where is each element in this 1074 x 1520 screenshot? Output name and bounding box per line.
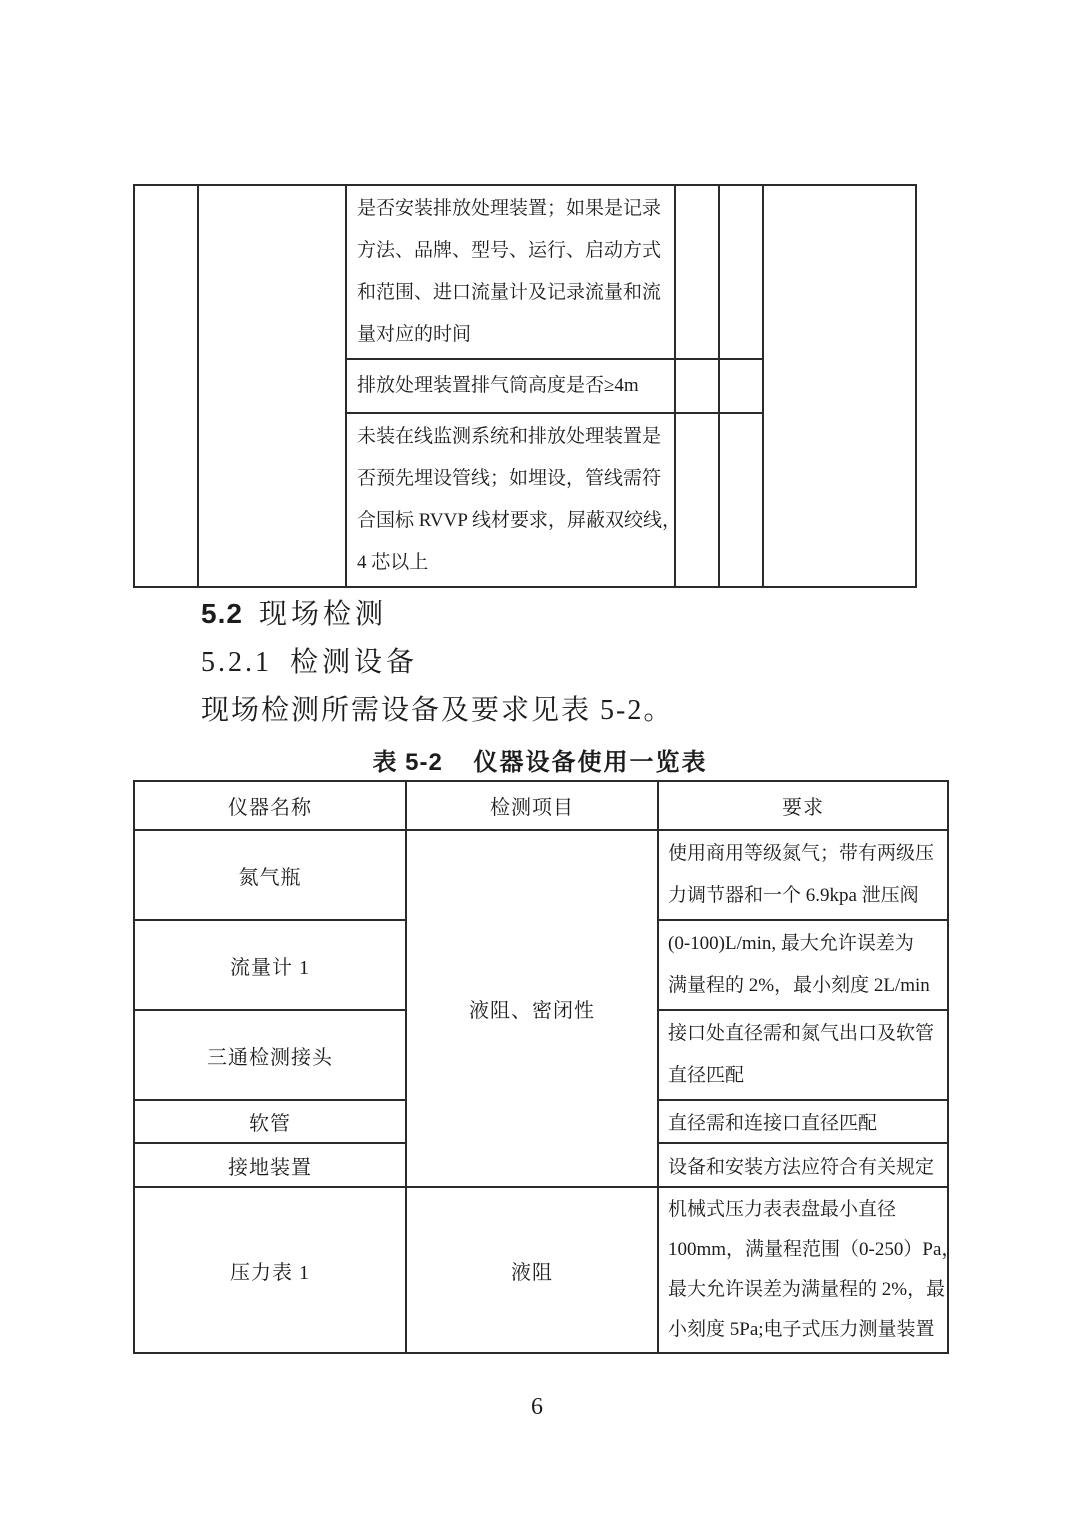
instrument-name-cell: 三通检测接头	[134, 1010, 406, 1100]
column-header-project: 检测项目	[406, 781, 658, 830]
requirement-cell: 使用商用等级氮气；带有两级压 力调节器和一个 6.9kpa 泄压阀	[658, 830, 948, 920]
check-item-cell: 排放处理装置排气筒高度是否≥4m	[346, 359, 675, 413]
empty-cell	[719, 359, 763, 413]
empty-merged-cell	[198, 185, 346, 587]
instrument-name-cell: 软管	[134, 1100, 406, 1143]
table-row: 是否安装排放处理装置；如果是记录 方法、品牌、型号、运行、启动方式 和范围、进口…	[134, 185, 916, 359]
continuation-table: 是否安装排放处理装置；如果是记录 方法、品牌、型号、运行、启动方式 和范围、进口…	[133, 184, 917, 588]
empty-cell	[675, 359, 719, 413]
page-number: 6	[0, 1394, 1074, 1421]
section-number: 5.2	[201, 598, 243, 630]
project-cell: 液阻	[406, 1187, 658, 1353]
subsection-heading: 5.2.1 检测设备	[201, 640, 418, 680]
empty-cell	[675, 413, 719, 587]
column-header-instrument: 仪器名称	[134, 781, 406, 830]
instrument-name-cell: 流量计 1	[134, 920, 406, 1010]
instrument-name-cell: 氮气瓶	[134, 830, 406, 920]
requirement-cell: 直径需和连接口直径匹配	[658, 1100, 948, 1143]
requirement-cell: 设备和安装方法应符合有关规定	[658, 1143, 948, 1187]
empty-merged-cell	[134, 185, 198, 587]
column-header-requirement: 要求	[658, 781, 948, 830]
requirement-cell: (0-100)L/min, 最大允许误差为 满量程的 2%，最小刻度 2L/mi…	[658, 920, 948, 1010]
empty-cell	[675, 185, 719, 359]
instrument-name-cell: 接地装置	[134, 1143, 406, 1187]
equipment-table: 仪器名称 检测项目 要求 氮气瓶 液阻、密闭性 使用商用等级氮气；带有两级压 力…	[133, 780, 949, 1354]
section-title: 现场检测	[259, 592, 387, 632]
check-item-cell: 是否安装排放处理装置；如果是记录 方法、品牌、型号、运行、启动方式 和范围、进口…	[346, 185, 675, 359]
check-item-cell: 未装在线监测系统和排放处理装置是 否预先埋设管线；如埋设，管线需符 合国标 RV…	[346, 413, 675, 587]
subsection-number: 5.2.1	[201, 647, 272, 679]
table-row: 氮气瓶 液阻、密闭性 使用商用等级氮气；带有两级压 力调节器和一个 6.9kpa…	[134, 830, 948, 920]
section-heading: 5.2 现场检测	[201, 592, 387, 632]
requirement-cell: 机械式压力表表盘最小直径 100mm，满量程范围（0-250）Pa， 最大允许误…	[658, 1187, 948, 1353]
project-merged-cell: 液阻、密闭性	[406, 830, 658, 1187]
requirement-cell: 接口处直径需和氮气出口及软管 直径匹配	[658, 1010, 948, 1100]
body-paragraph: 现场检测所需设备及要求见表 5-2。	[201, 688, 673, 728]
empty-merged-cell	[763, 185, 916, 587]
instrument-name-cell: 压力表 1	[134, 1187, 406, 1353]
subsection-title: 检测设备	[290, 640, 418, 680]
table-caption-number: 表 5-2	[372, 749, 442, 776]
table-row: 压力表 1 液阻 机械式压力表表盘最小直径 100mm，满量程范围（0-250）…	[134, 1187, 948, 1353]
empty-cell	[719, 185, 763, 359]
table-header-row: 仪器名称 检测项目 要求	[134, 781, 948, 830]
table-caption-title: 仪器设备使用一览表	[474, 749, 708, 776]
table-caption: 表 5-2 仪器设备使用一览表	[133, 742, 947, 777]
empty-cell	[719, 413, 763, 587]
